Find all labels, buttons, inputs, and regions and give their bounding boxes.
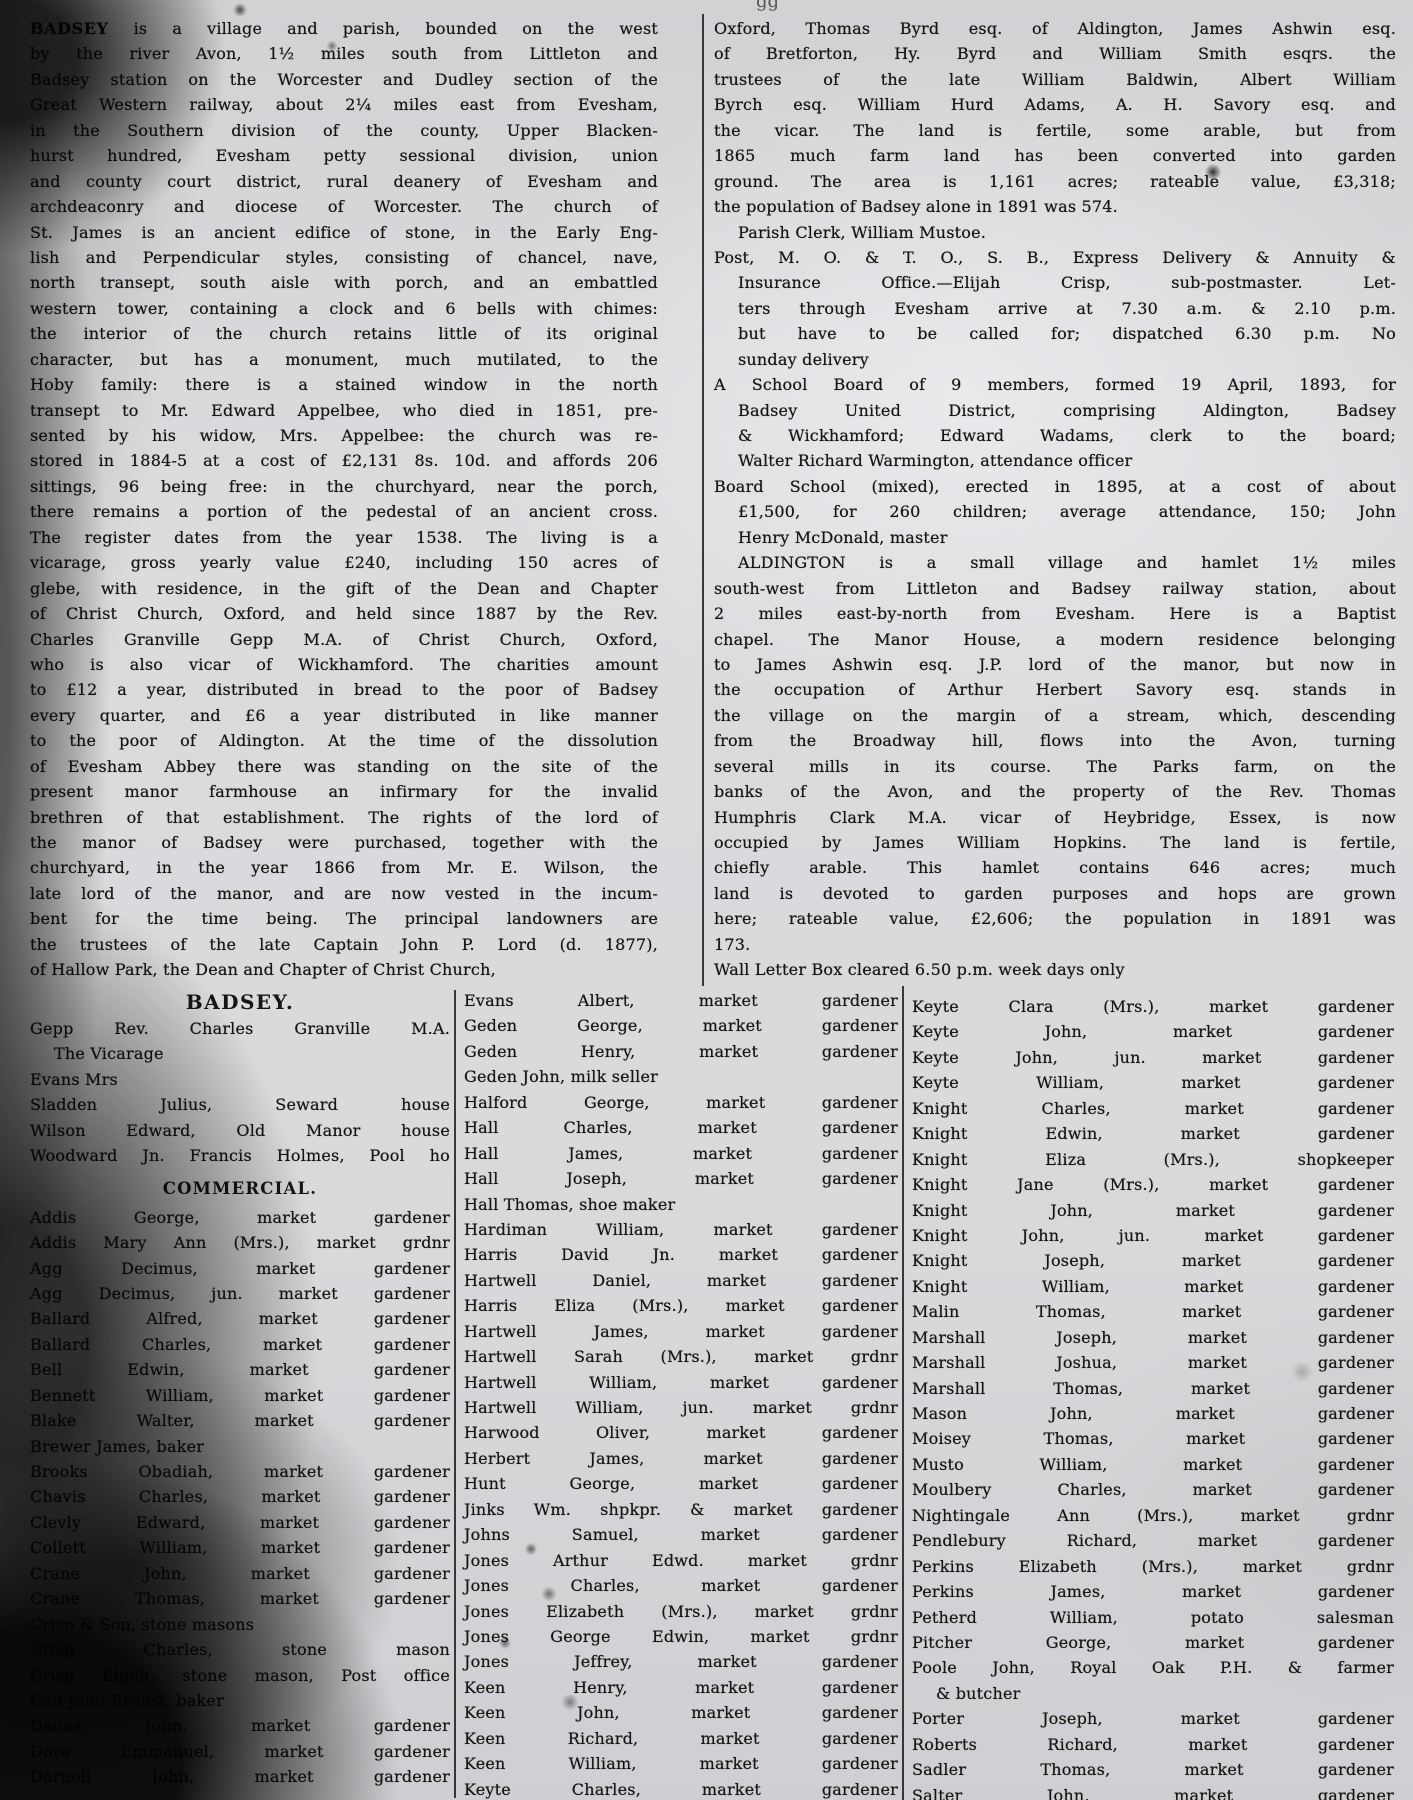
text-line: Walter Richard Warmington, attendance of… — [714, 448, 1396, 473]
text-line: sented by his widow, Mrs. Appelbee: the … — [30, 423, 658, 448]
text-line: St. James is an ancient edifice of stone… — [30, 220, 658, 245]
text-line: Hardiman William, market gardener — [464, 1217, 898, 1242]
paragraph-block: Oxford, Thomas Byrd esq. of Aldington, J… — [714, 16, 1396, 220]
aldington-description-column: Oxford, Thomas Byrd esq. of Aldington, J… — [714, 16, 1396, 983]
badsey-lead-word: BADSEY — [30, 19, 109, 38]
text-line: land is devoted to garden purposes and h… — [714, 881, 1396, 906]
text-line: archdeaconry and diocese of Worcester. T… — [30, 194, 658, 219]
text-line: present manor farmhouse an infirmary for… — [30, 779, 658, 804]
text-line: there remains a portion of the pedestal … — [30, 499, 658, 524]
text-line: Ballard Alfred, market gardener — [30, 1306, 450, 1331]
text-line: stored in 1884-5 at a cost of £2,131 8s.… — [30, 448, 658, 473]
text-line: & Wickhamford; Edward Wadams, clerk to t… — [714, 423, 1396, 448]
text-line: Collett William, market gardener — [30, 1535, 450, 1560]
text-line: Salter John, market gardener — [912, 1783, 1394, 1800]
text-line: Halford George, market gardener — [464, 1090, 898, 1115]
text-line: Hartwell Sarah (Mrs.), market grdnr — [464, 1344, 898, 1369]
text-line: Roberts Richard, market gardener — [912, 1732, 1394, 1757]
text-line: Herbert James, market gardener — [464, 1446, 898, 1471]
text-line: Perkins James, market gardener — [912, 1579, 1394, 1604]
text-line: Woodward Jn. Francis Holmes, Pool ho — [30, 1143, 450, 1168]
text-line: in the Southern division of the county, … — [30, 118, 658, 143]
text-line: Post, M. O. & T. O., S. B., Express Deli… — [714, 245, 1396, 270]
lead-line-rest: is a village and parish, bounded on the … — [134, 19, 658, 38]
text-line: Crisp Elijah, stone mason, Post office — [30, 1663, 450, 1688]
text-line: the trustees of the late Captain John P.… — [30, 932, 658, 957]
text-line: Knight Edwin, market gardener — [912, 1121, 1394, 1146]
text-line: Pitcher George, market gardener — [912, 1630, 1394, 1655]
text-line: the population of Badsey alone in 1891 w… — [714, 194, 1396, 219]
text-line: Oxford, Thomas Byrd esq. of Aldington, J… — [714, 16, 1396, 41]
text-line: Porter Joseph, market gardener — [912, 1706, 1394, 1731]
text-line: Gepp Rev. Charles Granville M.A. — [30, 1016, 450, 1041]
text-line: to James Ashwin esq. J.P. lord of the ma… — [714, 652, 1396, 677]
text-line: every quarter, and £6 a year distributed… — [30, 703, 658, 728]
paragraph-block: Wall Letter Box cleared 6.50 p.m. week d… — [714, 957, 1396, 982]
text-line: Geden George, market gardener — [464, 1013, 898, 1038]
text-line: Keyte Charles, market gardener — [464, 1777, 898, 1800]
text-line: Moulbery Charles, market gardener — [912, 1477, 1394, 1502]
directory-column-left: BADSEY. Gepp Rev. Charles Granville M.A.… — [30, 988, 450, 1790]
commercial-list-k-s: Keyte Clara (Mrs.), market gardenerKeyte… — [912, 994, 1394, 1800]
text-line: Jones Arthur Edwd. market grdnr — [464, 1548, 898, 1573]
column-divider — [902, 986, 904, 1800]
text-line: Bennett William, market gardener — [30, 1383, 450, 1408]
text-line: ALDINGTON is a small village and hamlet … — [714, 550, 1396, 575]
text-line: Humphris Clark M.A. vicar of Heybridge, … — [714, 805, 1396, 830]
text-line: A School Board of 9 members, formed 19 A… — [714, 372, 1396, 397]
text-line: by the river Avon, 1½ miles south from L… — [30, 41, 658, 66]
text-line: sittings, 96 being free: in the churchya… — [30, 474, 658, 499]
text-line: Hall Charles, market gardener — [464, 1115, 898, 1140]
text-line: Evans Mrs — [30, 1067, 450, 1092]
text-line: Hunt George, market gardener — [464, 1471, 898, 1496]
text-line: who is also vicar of Wickhamford. The ch… — [30, 652, 658, 677]
text-line: Knight Joseph, market gardener — [912, 1248, 1394, 1273]
text-line: here; rateable value, £2,606; the popula… — [714, 906, 1396, 931]
text-line: Wall Letter Box cleared 6.50 p.m. week d… — [714, 957, 1396, 982]
paragraph-block: Parish Clerk, William Mustoe. — [714, 220, 1396, 245]
text-line: chapel. The Manor House, a modern reside… — [714, 627, 1396, 652]
text-line: Hartwell Daniel, market gardener — [464, 1268, 898, 1293]
text-line: & butcher — [912, 1681, 1394, 1706]
text-line: Evans Albert, market gardener — [464, 988, 898, 1013]
text-line: Petherd William, potato salesman — [912, 1605, 1394, 1630]
text-line: Keen John, market gardener — [464, 1700, 898, 1725]
text-line: chiefly arable. This hamlet contains 646… — [714, 855, 1396, 880]
text-line: vicarage, gross yearly value £240, inclu… — [30, 550, 658, 575]
text-line: Hoby family: there is a stained window i… — [30, 372, 658, 397]
text-line: north transept, south aisle with porch, … — [30, 270, 658, 295]
text-line: from the Broadway hill, flows into the A… — [714, 728, 1396, 753]
text-line: Keen Henry, market gardener — [464, 1675, 898, 1700]
text-line: Agg Decimus, market gardener — [30, 1256, 450, 1281]
text-line: £1,500, for 260 children; average attend… — [714, 499, 1396, 524]
text-line: the occupation of Arthur Herbert Savory … — [714, 677, 1396, 702]
text-line: transept to Mr. Edward Appelbee, who die… — [30, 398, 658, 423]
text-line: Musto William, market gardener — [912, 1452, 1394, 1477]
directory-column-right: Keyte Clara (Mrs.), market gardenerKeyte… — [912, 994, 1394, 1800]
commercial-list-a-d: Addis George, market gardenerAddis Mary … — [30, 1205, 450, 1790]
directory-column-middle: Evans Albert, market gardenerGeden Georg… — [464, 988, 898, 1800]
text-line: Poole John, Royal Oak P.H. & farmer — [912, 1655, 1394, 1680]
text-line: late lord of the manor, and are now vest… — [30, 881, 658, 906]
text-line: to £12 a year, distributed in bread to t… — [30, 677, 658, 702]
text-line: bent for the time being. The principal l… — [30, 906, 658, 931]
text-line: churchyard, in the year 1866 from Mr. E.… — [30, 855, 658, 880]
text-line: Badsey United District, comprising Aldin… — [714, 398, 1396, 423]
text-line: Byrch esq. William Hurd Adams, A. H. Sav… — [714, 92, 1396, 117]
text-line: Perkins Elizabeth (Mrs.), market grdnr — [912, 1554, 1394, 1579]
text-line: Agg Decimus, jun. market gardener — [30, 1281, 450, 1306]
text-line: Jones George Edwin, market grdnr — [464, 1624, 898, 1649]
text-line: Jones Charles, market gardener — [464, 1573, 898, 1598]
text-line: the village on the margin of a stream, w… — [714, 703, 1396, 728]
text-line: Sadler Thomas, market gardener — [912, 1757, 1394, 1782]
text-line: Parish Clerk, William Mustoe. — [714, 220, 1396, 245]
text-line: Moisey Thomas, market gardener — [912, 1426, 1394, 1451]
text-line: occupied by James William Hopkins. The l… — [714, 830, 1396, 855]
text-line: Knight William, market gardener — [912, 1274, 1394, 1299]
text-line: The Vicarage — [30, 1041, 450, 1066]
text-line: lish and Perpendicular styles, consistin… — [30, 245, 658, 270]
paragraph-block: A School Board of 9 members, formed 19 A… — [714, 372, 1396, 474]
text-line: banks of the Avon, and the property of t… — [714, 779, 1396, 804]
text-line: but have to be called for; dispatched 6.… — [714, 321, 1396, 346]
text-line: Harris Eliza (Mrs.), market gardener — [464, 1293, 898, 1318]
text-line: Pendlebury Richard, market gardener — [912, 1528, 1394, 1553]
text-line: Call John Ernest, baker — [30, 1688, 450, 1713]
text-line: Brooks Obadiah, market gardener — [30, 1459, 450, 1484]
text-line: Knight John, market gardener — [912, 1198, 1394, 1223]
text-line: south-west from Littleton and Badsey rai… — [714, 576, 1396, 601]
text-line: Chavis Charles, market gardener — [30, 1484, 450, 1509]
text-line: to the poor of Aldington. At the time of… — [30, 728, 658, 753]
text-line: Crane John, market gardener — [30, 1561, 450, 1586]
text-line: Malin Thomas, market gardener — [912, 1299, 1394, 1324]
text-line: the manor of Badsey were purchased, toge… — [30, 830, 658, 855]
text-line: Jones Jeffrey, market gardener — [464, 1649, 898, 1674]
text-line: Great Western railway, about 2¼ miles ea… — [30, 92, 658, 117]
text-line: Insurance Office.—Elijah Crisp, sub-post… — [714, 270, 1396, 295]
text-line: Marshall Joshua, market gardener — [912, 1350, 1394, 1375]
text-line: sunday delivery — [714, 347, 1396, 372]
text-line: BADSEY is a village and parish, bounded … — [30, 16, 658, 41]
text-line: Keen Richard, market gardener — [464, 1726, 898, 1751]
text-line: Knight John, jun. market gardener — [912, 1223, 1394, 1248]
paragraph-lines: by the river Avon, 1½ miles south from L… — [30, 41, 658, 982]
text-line: Hall James, market gardener — [464, 1141, 898, 1166]
paragraph-block: Board School (mixed), erected in 1895, a… — [714, 474, 1396, 550]
text-line: Keyte John, jun. market gardener — [912, 1045, 1394, 1070]
text-line: ters through Evesham arrive at 7.30 a.m.… — [714, 296, 1396, 321]
text-line: Keen William, market gardener — [464, 1751, 898, 1776]
text-line: of Evesham Abbey there was standing on t… — [30, 754, 658, 779]
text-line: several mills in its course. The Parks f… — [714, 754, 1396, 779]
text-line: Board School (mixed), erected in 1895, a… — [714, 474, 1396, 499]
text-line: Addis George, market gardener — [30, 1205, 450, 1230]
text-line: Charles Granville Gepp M.A. of Christ Ch… — [30, 627, 658, 652]
text-line: Hall Joseph, market gardener — [464, 1166, 898, 1191]
text-line: Geden Henry, market gardener — [464, 1039, 898, 1064]
text-line: Clevly Edward, market gardener — [30, 1510, 450, 1535]
text-line: of Christ Church, Oxford, and held since… — [30, 601, 658, 626]
text-line: Crisp Charles, stone mason — [30, 1637, 450, 1662]
text-line: Hartwell James, market gardener — [464, 1319, 898, 1344]
paragraph-blocks: Oxford, Thomas Byrd esq. of Aldington, J… — [714, 16, 1396, 983]
text-line: Nightingale Ann (Mrs.), market grdnr — [912, 1503, 1394, 1528]
text-line: 1865 much farm land has been converted i… — [714, 143, 1396, 168]
text-line: The register dates from the year 1538. T… — [30, 525, 658, 550]
text-line: Keyte William, market gardener — [912, 1070, 1394, 1095]
text-line: Sladden Julius, Seward house — [30, 1092, 450, 1117]
text-line: Blake Walter, market gardener — [30, 1408, 450, 1433]
column-divider — [702, 14, 704, 986]
text-line: Knight Charles, market gardener — [912, 1096, 1394, 1121]
commercial-heading: COMMERCIAL. — [30, 1169, 450, 1205]
text-line: Hall Thomas, shoe maker — [464, 1192, 898, 1217]
text-line: Wilson Edward, Old Manor house — [30, 1118, 450, 1143]
text-line: 173. — [714, 932, 1396, 957]
text-line: ground. The area is 1,161 acres; rateabl… — [714, 169, 1396, 194]
text-line: hurst hundred, Evesham petty sessional d… — [30, 143, 658, 168]
commercial-list-e-k: Evans Albert, market gardenerGeden Georg… — [464, 988, 898, 1800]
text-line: Mason John, market gardener — [912, 1401, 1394, 1426]
text-line: glebe, with residence, in the gift of th… — [30, 576, 658, 601]
text-line: Marshall Joseph, market gardener — [912, 1325, 1394, 1350]
text-line: brethren of that establishment. The righ… — [30, 805, 658, 830]
text-line: Bell Edwin, market gardener — [30, 1357, 450, 1382]
paragraph-block: ALDINGTON is a small village and hamlet … — [714, 550, 1396, 957]
private-residents-list: Gepp Rev. Charles Granville M.A.The Vica… — [30, 1016, 450, 1169]
text-line: Marshall Thomas, market gardener — [912, 1376, 1394, 1401]
text-line: and county court district, rural deanery… — [30, 169, 658, 194]
page-header-fragment: gg — [756, 0, 779, 12]
badsey-description-column: BADSEY is a village and parish, bounded … — [30, 16, 658, 983]
text-line: Ballard Charles, market gardener — [30, 1332, 450, 1357]
paragraph-block: Post, M. O. & T. O., S. B., Express Deli… — [714, 245, 1396, 372]
scanned-directory-page: gg BADSEY is a village and parish, bound… — [0, 0, 1413, 1800]
text-line: Darnell John, market gardener — [30, 1764, 450, 1789]
district-heading: BADSEY. — [30, 988, 450, 1016]
text-line: the interior of the church retains littl… — [30, 321, 658, 346]
text-line: the vicar. The land is fertile, some ara… — [714, 118, 1396, 143]
text-line: Johns Samuel, market gardener — [464, 1522, 898, 1547]
text-line: Keyte John, market gardener — [912, 1019, 1394, 1044]
text-line: Knight Jane (Mrs.), market gardener — [912, 1172, 1394, 1197]
column-divider — [454, 990, 456, 1798]
text-line: Keyte Clara (Mrs.), market gardener — [912, 994, 1394, 1019]
text-line: 2 miles east-by-north from Evesham. Here… — [714, 601, 1396, 626]
text-line: Henry McDonald, master — [714, 525, 1396, 550]
text-line: character, but has a monument, much muti… — [30, 347, 658, 372]
text-line: Hartwell William, market gardener — [464, 1370, 898, 1395]
text-line: trustees of the late William Baldwin, Al… — [714, 67, 1396, 92]
text-line: Hartwell William, jun. market grdnr — [464, 1395, 898, 1420]
text-line: western tower, containing a clock and 6 … — [30, 296, 658, 321]
text-line: Jinks Wm. shpkpr. & market gardener — [464, 1497, 898, 1522]
text-line: Geden John, milk seller — [464, 1064, 898, 1089]
text-line: Badsey station on the Worcester and Dudl… — [30, 67, 658, 92]
text-line: Jones Elizabeth (Mrs.), market grdnr — [464, 1599, 898, 1624]
text-line: Knight Eliza (Mrs.), shopkeeper — [912, 1147, 1394, 1172]
text-line: of Bretforton, Hy. Byrd and William Smit… — [714, 41, 1396, 66]
text-line: Brewer James, baker — [30, 1434, 450, 1459]
text-line: of Hallow Park, the Dean and Chapter of … — [30, 957, 658, 982]
text-line: Crane Thomas, market gardener — [30, 1586, 450, 1611]
text-line: Addis Mary Ann (Mrs.), market grdnr — [30, 1230, 450, 1255]
text-line: Harris David Jn. market gardener — [464, 1242, 898, 1267]
text-line: Danas John, market gardener — [30, 1713, 450, 1738]
text-line: Dore Emmanuel, market gardener — [30, 1739, 450, 1764]
text-line: Harwood Oliver, market gardener — [464, 1420, 898, 1445]
text-line: Crisp & Son, stone masons — [30, 1612, 450, 1637]
